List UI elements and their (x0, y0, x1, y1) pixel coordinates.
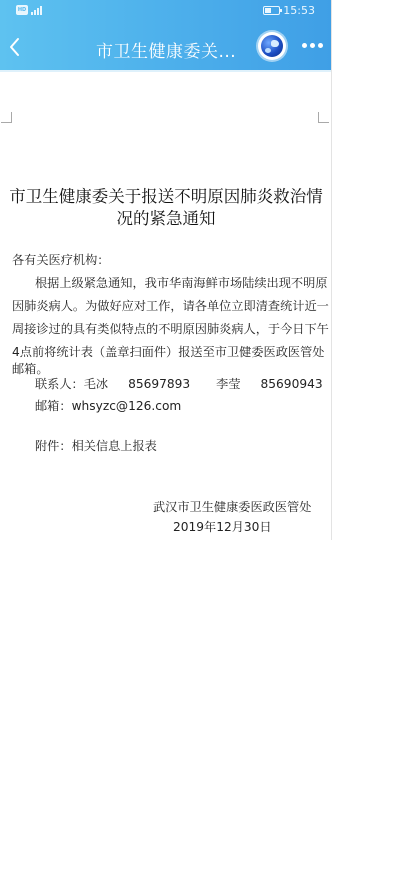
page-title: 市卫生健康委关... (96, 37, 236, 62)
contact-line: 联系人：毛冰85697893李莹85690943 (35, 375, 323, 392)
attachment-label: 附件： (35, 439, 72, 453)
email-label: 邮箱： (35, 399, 72, 413)
attachment-line: 附件：相关信息上报表 (35, 437, 157, 454)
status-left: HD (16, 5, 42, 15)
title-line-1: 市卫生健康委关于报送不明原因肺炎救治情 (8, 186, 324, 208)
more-dot-icon (302, 43, 307, 48)
crop-mark-left (1, 112, 12, 123)
document-title: 市卫生健康委关于报送不明原因肺炎救治情 况的紧急通知 (8, 186, 324, 230)
signal-icon (31, 6, 42, 15)
email-value[interactable]: whsyzc@126.com (72, 399, 182, 413)
contact-person-2: 李莹 (216, 377, 240, 391)
contact-label: 联系人： (35, 377, 84, 391)
contact-phone-1: 85697893 (128, 377, 190, 391)
battery-icon (263, 6, 280, 15)
document-date: 2019年12月30日 (173, 518, 272, 535)
body-line-2: 因肺炎病人。为做好应对工作，请各单位立即清查统计近一 (12, 297, 329, 314)
status-bar: HD 15:53 (0, 0, 331, 22)
contact-person-1: 毛冰 (84, 377, 108, 391)
nav-row: 市卫生健康委关... (0, 28, 331, 68)
hd-icon: HD (16, 5, 28, 15)
more-dot-icon (318, 43, 323, 48)
globe-icon[interactable] (258, 32, 286, 60)
contact-phone-2: 85690943 (261, 377, 323, 391)
crop-mark-right (318, 112, 329, 123)
more-dot-icon (310, 43, 315, 48)
status-right: 15:53 (263, 4, 315, 17)
body-line-1: 根据上级紧急通知，我市华南海鲜市场陆续出现不明原 (35, 274, 328, 291)
more-button[interactable] (302, 43, 323, 48)
salutation: 各有关医疗机构： (12, 251, 110, 268)
back-button[interactable] (6, 34, 26, 60)
email-line: 邮箱：whsyzc@126.com (35, 397, 181, 414)
app-bar: HD 15:53 市卫生健康委关... (0, 0, 331, 70)
chevron-left-icon (6, 34, 26, 60)
phone-screen: HD 15:53 市卫生健康委关... (0, 0, 332, 540)
attachment-value: 相关信息上报表 (72, 439, 157, 453)
body-line-4: 4点前将统计表（盖章扫面件）报送至市卫健委医政医管处 (12, 343, 324, 360)
signature: 武汉市卫生健康委医政医管处 (153, 498, 311, 515)
status-time: 15:53 (283, 4, 315, 17)
title-line-2: 况的紧急通知 (8, 208, 324, 230)
body-line-3: 周接诊过的具有类似特点的不明原因肺炎病人，于今日下午 (12, 320, 329, 337)
